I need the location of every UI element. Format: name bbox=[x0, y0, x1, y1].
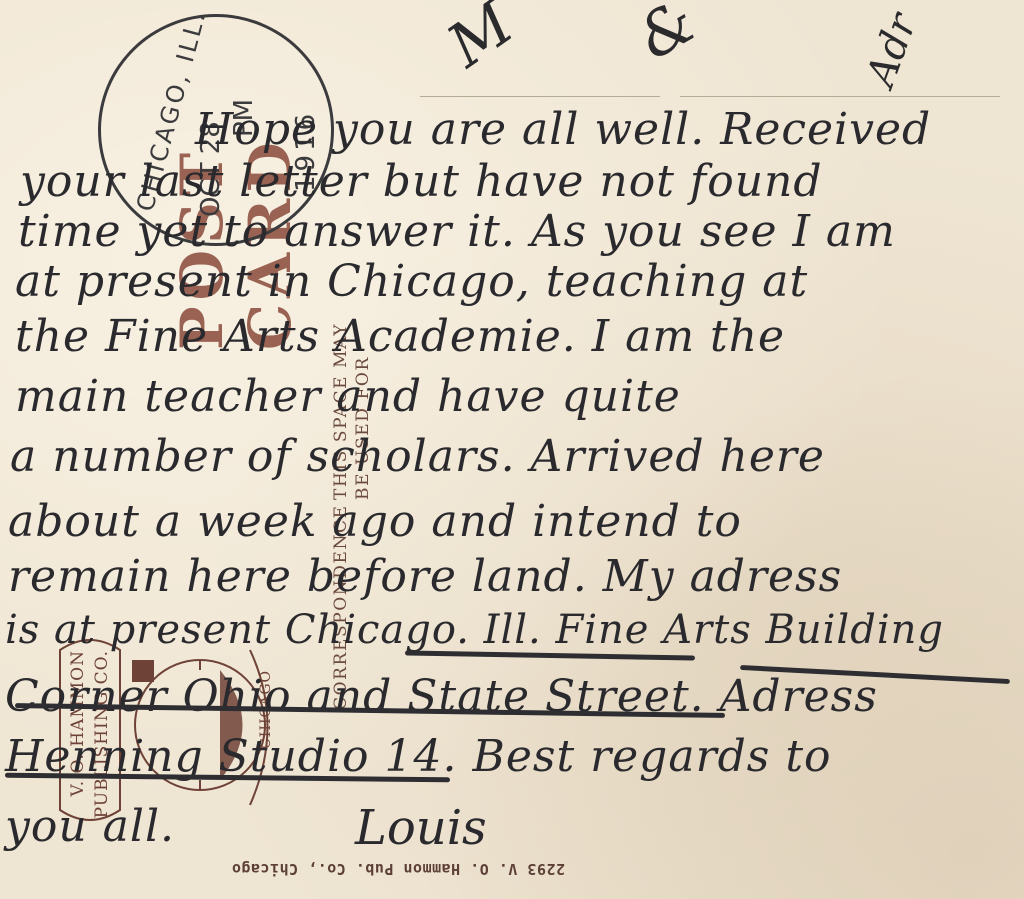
address-fragment: & bbox=[629, 0, 705, 69]
message-line: a number of scholars. Arrived here bbox=[10, 435, 825, 479]
message-line: the Fine Arts Academie. I am the bbox=[15, 315, 785, 359]
address-divider-line-right bbox=[680, 96, 1000, 97]
message-line: main teacher and have quite bbox=[15, 375, 681, 419]
message-line: about a week ago and intend to bbox=[8, 500, 742, 544]
message-line: Henning Studio 14. Best regards to bbox=[5, 735, 832, 779]
message-line: is at present Chicago. Ill. Fine Arts Bu… bbox=[5, 610, 944, 650]
address-divider-line-left bbox=[420, 96, 660, 97]
message-line: at present in Chicago, teaching at bbox=[15, 260, 808, 304]
message-line: Hope you are all well. Received bbox=[195, 108, 931, 152]
message-line: remain here before land. My adress bbox=[8, 555, 842, 599]
address-fragment: Adr bbox=[860, 9, 923, 92]
publisher-imprint: 2293 V. O. Hammon Pub. Co., Chicago bbox=[265, 860, 565, 878]
signature: Louis bbox=[355, 800, 487, 856]
message-line: your last letter but have not found bbox=[20, 160, 823, 204]
postcard: M & Adr POST CARD CHICAGO, ILL. OCT 28 P… bbox=[0, 0, 1024, 899]
message-line: you all. bbox=[5, 805, 175, 849]
publisher-logo: V. O. HAMMON PUBLISHING CO. CHICAGO bbox=[50, 630, 290, 830]
message-line: time yet to answer it. As you see I am bbox=[18, 210, 896, 254]
address-fragment: M bbox=[438, 0, 523, 77]
